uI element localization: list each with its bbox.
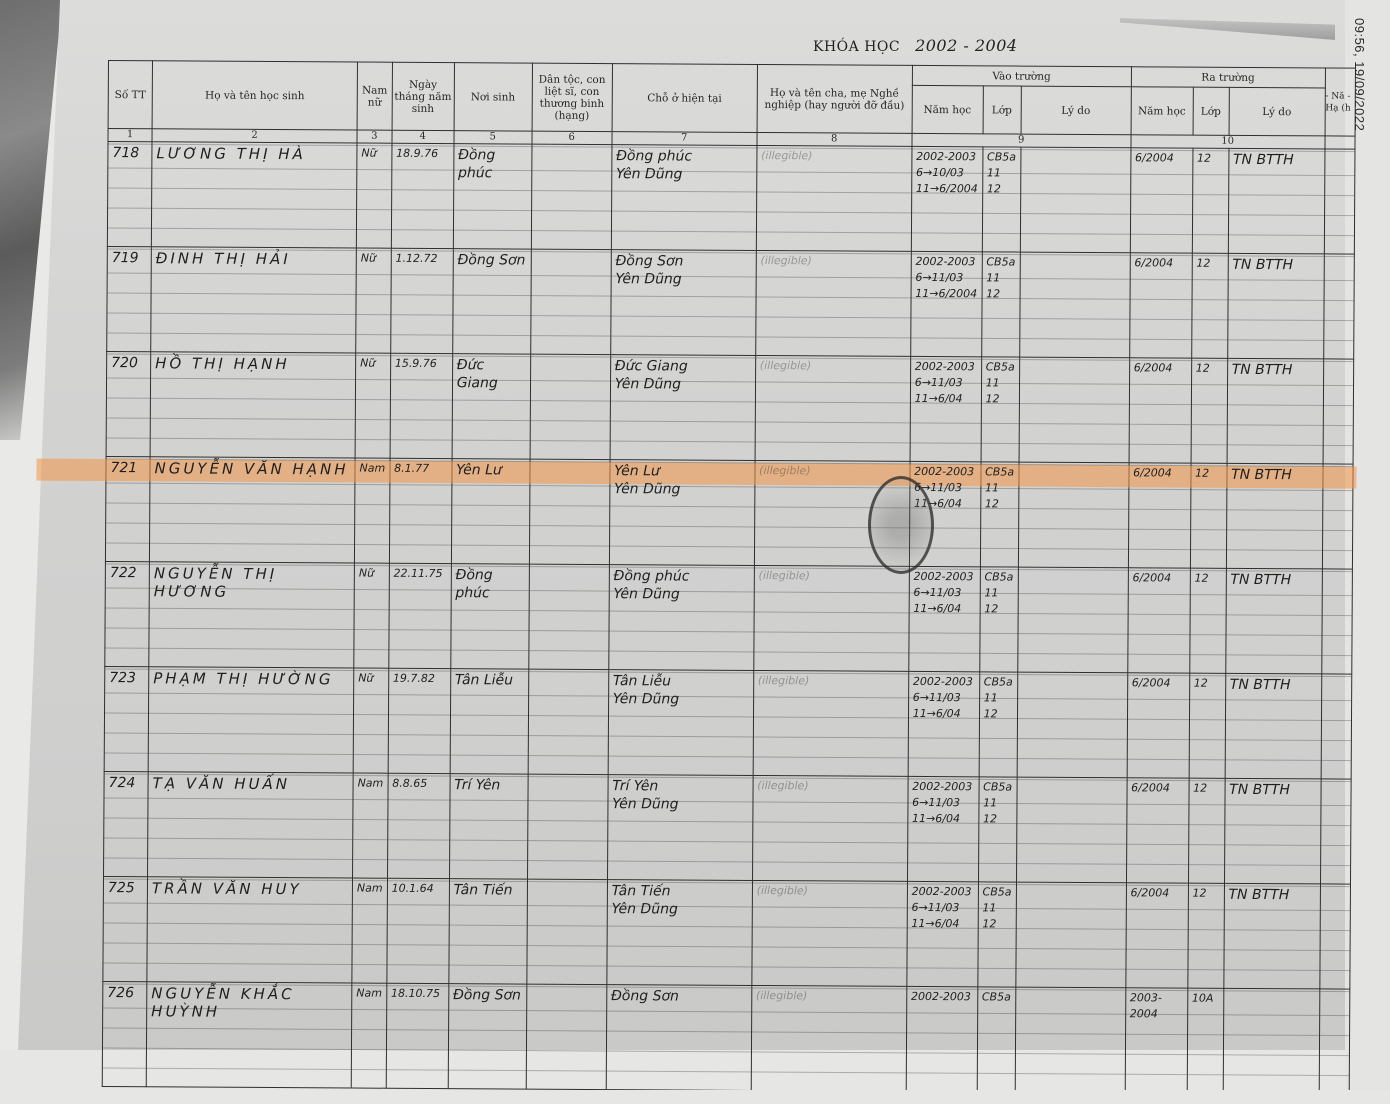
ethnicity-cell-text — [529, 670, 608, 674]
stt-cell: 722 — [105, 561, 150, 666]
dob-cell-text: 18.10.75 — [387, 984, 448, 1004]
residence-cell-text: Trí Yên Yên Dũng — [608, 775, 752, 816]
col-number: 5 — [454, 131, 532, 144]
birthplace-cell-text: Tân Tiến — [450, 879, 527, 901]
leaving-class-cell: 12 — [1192, 148, 1229, 253]
header-leaving-year: Năm học — [1131, 87, 1193, 135]
dob-cell: 18.10.75 — [386, 983, 449, 1088]
table-row: 724TẠ VĂN HUẤNNam8.8.65Trí YênTrí Yên Yê… — [104, 771, 1351, 884]
official-stamp — [868, 476, 934, 574]
admission-class-cell: CB5a 11 12 — [982, 147, 1021, 252]
leaving-year-cell-text: 6/2004 — [1128, 568, 1189, 588]
residence-cell: Tân Tiến Yên Dũng — [607, 880, 753, 986]
admission-year-cell: 2002-2003 6→11/03 11→6/04 — [908, 566, 980, 671]
gender-cell-text: Nữ — [354, 669, 388, 689]
stt-cell-text: 720 — [107, 352, 150, 374]
header-admission-class: Lớp — [983, 86, 1021, 134]
gender-cell: Nữ — [356, 143, 391, 248]
name-cell-text: LƯƠNG THỊ HÀ — [152, 142, 356, 165]
admission-reason-cell-text — [1017, 883, 1126, 888]
birthplace-cell: Đồng phúc — [450, 564, 529, 669]
leaving-reason-cell-text: TN BTTH — [1225, 779, 1320, 802]
page-edge — [0, 1090, 1390, 1104]
col-number: 1 — [108, 129, 152, 142]
extra-cell — [1319, 989, 1350, 1094]
gender-cell: Nữ — [353, 668, 388, 773]
leaving-year-cell: 6/2004 — [1130, 148, 1193, 253]
header-parents: Họ và tên cha, mẹ Nghề nghiệp (hay người… — [757, 64, 912, 133]
gender-cell-text: Nam — [352, 984, 386, 1004]
dob-cell-text: 1.12.72 — [391, 249, 452, 269]
admission-reason-cell — [1020, 147, 1131, 253]
name-cell-text: NGUYỄN THỊ HƯƠNG — [150, 562, 354, 603]
ethnicity-cell — [527, 879, 608, 984]
parents-cell-text: (illegible) — [753, 881, 907, 902]
leaving-year-cell-text: 6/2004 — [1128, 673, 1189, 693]
ethnicity-cell-text — [530, 460, 609, 464]
admission-reason-cell-text — [1019, 568, 1128, 573]
dob-cell: 1.12.72 — [390, 248, 453, 353]
leaving-class-cell-text: 10A — [1188, 989, 1223, 1009]
leaving-year-cell-text: 6/2004 — [1130, 253, 1191, 273]
residence-cell-text: Yên Lư Yên Dũng — [610, 460, 754, 501]
leaving-class-cell: 10A — [1187, 988, 1224, 1093]
admission-reason-cell-text — [1021, 148, 1130, 153]
stt-cell: 721 — [105, 456, 150, 561]
admission-year-cell-text: 2002-2003 6→11/03 11→6/04 — [909, 672, 979, 724]
header-stt: Số TT — [108, 61, 152, 129]
residence-cell: Đức Giang Yên Dũng — [610, 355, 756, 461]
course-label: KHÓA HỌC — [813, 39, 900, 55]
dob-cell: 8.8.65 — [387, 773, 450, 878]
name-cell: LƯƠNG THỊ HÀ — [151, 142, 357, 248]
leaving-year-cell: 6/2004 — [1128, 463, 1191, 568]
name-cell: TẠ VĂN HUẤN — [148, 772, 354, 878]
leaving-year-cell: 2003-2004 — [1125, 988, 1188, 1093]
col-number: 4 — [392, 130, 454, 143]
stt-cell: 718 — [107, 142, 152, 247]
admission-year-cell-text: 2002-2003 6→11/03 11→6/04 — [909, 567, 979, 619]
admission-reason-cell-text — [1020, 358, 1129, 363]
birthplace-cell-text: Đồng Sơn — [449, 984, 526, 1006]
leaving-reason-cell: TN BTTH — [1225, 568, 1322, 674]
leaving-year-cell-text: 6/2004 — [1129, 463, 1190, 483]
residence-cell: Đồng phúc Yên Dũng — [611, 145, 757, 251]
admission-reason-cell-text — [1018, 673, 1127, 678]
col-number: 9 — [912, 133, 1131, 147]
parents-cell-text: (illegible) — [757, 146, 911, 167]
admission-year-cell-text: 2002-2003 6→11/03 11→6/04 — [908, 777, 978, 829]
ethnicity-cell-text — [528, 775, 607, 779]
stt-cell: 725 — [103, 876, 148, 981]
header-admission-reason: Lý do — [1021, 86, 1131, 135]
col-number: 2 — [152, 129, 357, 143]
name-cell: ĐINH THỊ HẢI — [151, 247, 357, 353]
admission-reason-cell — [1015, 987, 1126, 1093]
birthplace-cell: Đồng Sơn — [448, 984, 527, 1089]
name-cell-text: NGUYỄN VĂN HẠNH — [150, 457, 354, 480]
gender-cell-text: Nam — [354, 774, 388, 794]
student-register-table: Số TT Họ và tên học sinh Nam nữ Ngày thá… — [102, 60, 1356, 1095]
leaving-class-cell-text: 12 — [1193, 149, 1228, 169]
gender-cell: Nam — [353, 773, 388, 878]
admission-year-cell-text: 2002-2003 6→11/03 11→6/04 — [907, 882, 977, 934]
header-leaving: Ra trường — [1131, 67, 1325, 88]
admission-reason-cell — [1017, 567, 1128, 673]
residence-cell: Trí Yên Yên Dũng — [607, 775, 753, 881]
extra-cell — [1321, 674, 1352, 779]
extra-cell — [1320, 779, 1351, 884]
leaving-reason-cell: TN BTTH — [1226, 463, 1323, 569]
ethnicity-cell — [531, 144, 612, 249]
stt-cell-text: 721 — [106, 457, 149, 479]
leaving-class-cell-text: 12 — [1192, 254, 1227, 274]
ethnicity-cell-text — [532, 145, 611, 149]
leaving-reason-cell: TN BTTH — [1227, 358, 1324, 464]
extra-cell — [1322, 464, 1353, 569]
birthplace-cell-text: Đồng Sơn — [453, 249, 530, 271]
leaving-year-cell-text: 2003-2004 — [1126, 988, 1187, 1024]
admission-year-cell: 2002-2003 6→10/03 11→6/2004 — [911, 146, 983, 251]
extra-cell — [1324, 149, 1355, 254]
dob-cell: 10.1.64 — [387, 878, 450, 983]
birthplace-cell: Tân Liễu — [450, 669, 529, 774]
dob-cell-text: 18.9.76 — [392, 144, 453, 164]
residence-cell-text: Đồng Sơn — [607, 985, 751, 1008]
leaving-year-cell-text: 6/2004 — [1127, 778, 1188, 798]
leaving-class-cell: 12 — [1191, 253, 1228, 358]
admission-reason-cell — [1019, 357, 1130, 463]
gender-cell: Nam — [354, 458, 389, 563]
dob-cell-text: 8.8.65 — [388, 774, 449, 794]
admission-class-cell: CB5a 11 12 — [978, 777, 1017, 882]
admission-year-cell: 2002-2003 6→11/03 11→6/2004 — [910, 251, 982, 356]
admission-class-cell-text: CB5a 11 12 — [983, 147, 1020, 199]
header-admission-year: Năm học — [912, 85, 983, 133]
extra-cell — [1321, 569, 1352, 674]
name-cell-text: ĐINH THỊ HẢI — [152, 247, 356, 270]
admission-reason-cell-text — [1017, 778, 1126, 783]
leaving-reason-cell: TN BTTH — [1224, 778, 1321, 884]
name-cell: NGUYỄN VĂN HẠNH — [149, 457, 355, 563]
dob-cell-text: 22.11.75 — [389, 564, 450, 584]
stt-cell-text: 725 — [104, 877, 147, 899]
parents-cell: (illegible) — [753, 670, 909, 776]
col-number: 3 — [357, 130, 392, 143]
admission-class-cell-text: CB5a — [978, 987, 1015, 1007]
residence-cell: Đồng phúc Yên Dũng — [608, 565, 754, 671]
birthplace-cell: Đức Giang — [452, 354, 531, 459]
parents-cell: (illegible) — [753, 565, 909, 671]
leaving-class-cell: 12 — [1191, 358, 1228, 463]
table-row: 719ĐINH THỊ HẢINữ1.12.72Đồng SơnĐồng Sơn… — [107, 246, 1354, 359]
col-number: 8 — [757, 132, 912, 146]
leaving-year-cell: 6/2004 — [1129, 358, 1192, 463]
name-cell: NGUYỄN THỊ HƯƠNG — [149, 562, 355, 668]
parents-cell-text: (illegible) — [753, 776, 907, 797]
header-dob: Ngày tháng năm sinh — [392, 62, 454, 130]
admission-class-cell-text: CB5a 11 12 — [982, 252, 1019, 304]
admission-year-cell: 2002-2003 6→11/03 11→6/04 — [907, 776, 979, 881]
ethnicity-cell — [530, 354, 611, 459]
birthplace-cell: Trí Yên — [449, 774, 528, 879]
ethnicity-cell — [528, 564, 609, 669]
ethnicity-cell-text — [527, 985, 606, 989]
admission-reason-cell — [1015, 882, 1126, 988]
gender-cell-text: Nam — [353, 879, 387, 899]
admission-reason-cell — [1017, 672, 1128, 778]
name-cell-text: HỒ THỊ HẠNH — [151, 352, 355, 375]
parents-cell-text: (illegible) — [756, 356, 910, 377]
birthplace-cell: Đồng Sơn — [452, 249, 531, 354]
stt-cell-text: 724 — [105, 772, 148, 794]
dob-cell: 22.11.75 — [388, 563, 451, 668]
admission-year-cell-text: 2002-2003 6→10/03 11→6/2004 — [912, 147, 982, 199]
col-number: 7 — [612, 132, 757, 146]
name-cell: PHẠM THỊ HƯỜNG — [148, 667, 354, 773]
leaving-year-cell: 6/2004 — [1127, 568, 1190, 673]
parents-cell-text: (illegible) — [754, 671, 908, 692]
gender-cell: Nữ — [356, 248, 391, 353]
extra-cell — [1323, 254, 1354, 359]
leaving-class-cell: 12 — [1189, 568, 1226, 673]
leaving-reason-cell-text: TN BTTH — [1227, 464, 1322, 487]
admission-reason-cell — [1016, 777, 1127, 883]
admission-class-cell: CB5a 11 12 — [979, 672, 1018, 777]
name-cell-text: NGUYỄN KHẮC HUỲNH — [147, 982, 351, 1023]
col-number — [1325, 136, 1355, 149]
leaving-reason-cell-text: TN BTTH — [1224, 884, 1319, 907]
header-residence: Chỗ ở hiện tại — [612, 64, 757, 133]
gender-cell: Nữ — [355, 353, 390, 458]
dob-cell: 8.1.77 — [389, 458, 452, 563]
leaving-reason-cell: TN BTTH — [1228, 148, 1325, 254]
gender-cell-text: Nữ — [357, 249, 391, 269]
admission-year-cell: 2002-2003 — [906, 986, 978, 1091]
ethnicity-cell-text — [530, 565, 609, 569]
admission-class-cell-text: CB5a 11 12 — [981, 357, 1018, 409]
dob-cell: 19.7.82 — [388, 668, 451, 773]
leaving-reason-cell — [1223, 988, 1320, 1094]
name-cell: HỒ THỊ HẠNH — [150, 352, 356, 458]
leaving-class-cell-text: 12 — [1190, 569, 1225, 589]
admission-year-cell-text: 2002-2003 — [907, 987, 977, 1007]
table-row: 722NGUYỄN THỊ HƯƠNGNữ22.11.75Đồng phúcĐồ… — [105, 561, 1352, 674]
admission-class-cell: CB5a 11 12 — [979, 567, 1018, 672]
birthplace-cell-text: Đồng phúc — [454, 144, 531, 184]
table-row: 720HỒ THỊ HẠNHNữ15.9.76Đức GiangĐức Gian… — [106, 351, 1353, 464]
header-leaving-reason: Lý do — [1229, 87, 1325, 136]
leaving-reason-cell-text: TN BTTH — [1228, 254, 1323, 277]
name-cell-text: TẠ VĂN HUẤN — [149, 772, 353, 795]
stt-cell: 719 — [107, 246, 152, 351]
ethnicity-cell — [526, 984, 607, 1089]
header-admission: Vào trường — [912, 65, 1131, 86]
residence-cell: Tân Liễu Yên Dũng — [608, 670, 754, 776]
stt-cell-text: 723 — [105, 667, 148, 689]
leaving-class-cell: 12 — [1188, 778, 1225, 883]
student-rows: 718LƯƠNG THỊ HÀNữ18.9.76Đồng phúcĐồng ph… — [102, 142, 1354, 1095]
admission-class-cell-text: CB5a 11 12 — [978, 882, 1015, 934]
leaving-class-cell: 12 — [1189, 673, 1226, 778]
gender-cell: Nữ — [354, 563, 389, 668]
admission-class-cell: CB5a 11 12 — [980, 462, 1019, 567]
extra-cell — [1323, 359, 1354, 464]
leaving-reason-cell-text: TN BTTH — [1229, 149, 1324, 172]
dob-cell-text: 8.1.77 — [390, 459, 451, 479]
leaving-class-cell-text: 12 — [1188, 884, 1223, 904]
leaving-reason-cell-text — [1224, 989, 1319, 994]
leaving-class-cell: 12 — [1187, 883, 1224, 988]
admission-year-cell: 2002-2003 6→11/03 11→6/04 — [908, 671, 980, 776]
residence-cell-text: Đức Giang Yên Dũng — [611, 355, 755, 396]
name-cell-text: TRẦN VĂN HUY — [148, 877, 352, 900]
stt-cell: 724 — [104, 771, 149, 876]
residence-cell-text: Đồng Sơn Yên Dũng — [611, 250, 755, 291]
admission-year-cell: 2002-2003 6→11/03 11→6/04 — [907, 881, 979, 986]
header-birthplace: Nơi sinh — [454, 63, 532, 131]
gender-cell-text: Nữ — [355, 564, 389, 584]
header-name: Họ và tên học sinh — [152, 61, 357, 130]
admission-year-cell-text: 2002-2003 6→11/03 11→6/2004 — [911, 252, 981, 304]
table-row: 725TRẦN VĂN HUYNam10.1.64Tân TiếnTân Tiế… — [103, 876, 1350, 989]
admission-class-cell: CB5a 11 12 — [981, 357, 1020, 462]
course-heading: KHÓA HỌC 2002 - 2004 — [813, 36, 1018, 55]
leaving-year-cell-text: 6/2004 — [1131, 148, 1192, 168]
birthplace-cell: Yên Lư — [451, 459, 530, 564]
birthplace-cell-text: Tân Liễu — [451, 669, 528, 691]
admission-reason-cell-text — [1016, 988, 1125, 993]
admission-reason-cell-text — [1020, 253, 1129, 258]
leaving-year-cell: 6/2004 — [1125, 883, 1188, 988]
leaving-reason-cell: TN BTTH — [1225, 673, 1322, 779]
leaving-reason-cell: TN BTTH — [1227, 253, 1324, 359]
leaving-class-cell: 12 — [1190, 463, 1227, 568]
gender-cell-text: Nữ — [357, 144, 391, 164]
admission-class-cell-text: CB5a 11 12 — [981, 462, 1018, 514]
leaving-year-cell-text: 6/2004 — [1130, 358, 1191, 378]
leaving-reason-cell: TN BTTH — [1223, 883, 1320, 989]
leaving-year-cell-text: 6/2004 — [1126, 883, 1187, 903]
table-row: 721NGUYỄN VĂN HẠNHNam8.1.77Yên LưYên Lư … — [105, 456, 1352, 569]
gender-cell: Nam — [352, 878, 387, 983]
leaving-year-cell: 6/2004 — [1126, 778, 1189, 883]
parents-cell-text: (illegible) — [752, 986, 906, 1007]
header-gender: Nam nữ — [357, 62, 392, 130]
leaving-class-cell-text: 12 — [1190, 674, 1225, 694]
admission-class-cell-text: CB5a 11 12 — [980, 567, 1017, 619]
leaving-class-cell-text: 12 — [1189, 779, 1224, 799]
admission-reason-cell-text — [1019, 463, 1128, 468]
header-extra: - Nă - Hạ (h — [1325, 68, 1355, 136]
admission-reason-cell — [1019, 252, 1130, 358]
admission-year-cell-text: 2002-2003 6→11/03 11→6/04 — [911, 357, 981, 409]
stt-cell-text: 722 — [106, 562, 149, 584]
parents-cell: (illegible) — [755, 355, 911, 461]
parents-cell: (illegible) — [752, 775, 908, 881]
parents-cell: (illegible) — [755, 250, 911, 356]
admission-reason-cell — [1018, 462, 1129, 568]
name-cell: TRẦN VĂN HUY — [147, 877, 353, 983]
ethnicity-cell-text — [528, 880, 607, 884]
leaving-reason-cell-text: TN BTTH — [1226, 569, 1321, 592]
parents-cell: (illegible) — [756, 145, 912, 251]
ethnicity-cell — [530, 249, 611, 354]
residence-cell: Đồng Sơn — [606, 985, 752, 1091]
birthplace-cell-text: Trí Yên — [450, 774, 527, 796]
leaving-year-cell: 6/2004 — [1127, 673, 1190, 778]
parents-cell: (illegible) — [751, 985, 907, 1091]
dob-cell: 15.9.76 — [390, 353, 453, 458]
table-row: 718LƯƠNG THỊ HÀNữ18.9.76Đồng phúcĐồng ph… — [107, 142, 1354, 255]
stt-cell-text: 719 — [108, 247, 151, 269]
course-value: 2002 - 2004 — [915, 36, 1018, 55]
parents-cell: (illegible) — [752, 880, 908, 986]
leaving-class-cell-text: 12 — [1191, 464, 1226, 484]
admission-class-cell: CB5a 11 12 — [981, 252, 1020, 357]
residence-cell-text: Đồng phúc Yên Dũng — [609, 565, 753, 606]
residence-cell-text: Tân Liễu Yên Dũng — [609, 670, 753, 711]
ethnicity-cell — [528, 669, 609, 774]
residence-cell: Yên Lư Yên Dũng — [609, 460, 755, 566]
parents-cell-text: (illegible) — [756, 251, 910, 272]
stt-cell: 720 — [106, 351, 151, 456]
admission-class-cell: CB5a — [977, 987, 1016, 1092]
birthplace-cell: Đồng phúc — [453, 144, 532, 249]
stt-cell: 726 — [102, 981, 147, 1086]
dob-cell-text: 19.7.82 — [389, 669, 450, 689]
admission-class-cell: CB5a 11 12 — [977, 882, 1016, 987]
ethnicity-cell — [527, 774, 608, 879]
parents-cell-text: (illegible) — [755, 461, 909, 482]
admission-class-cell-text: CB5a 11 12 — [980, 672, 1017, 724]
leaving-reason-cell-text: TN BTTH — [1226, 674, 1321, 697]
gender-cell: Nam — [351, 983, 386, 1088]
table-row: 723PHẠM THỊ HƯỜNGNữ19.7.82Tân LiễuTân Li… — [104, 666, 1351, 779]
admission-year-cell: 2002-2003 6→11/03 11→6/04 — [910, 356, 982, 461]
col-number: 6 — [532, 131, 612, 144]
residence-cell-text: Tân Tiến Yên Dũng — [607, 880, 751, 921]
dob-cell: 18.9.76 — [391, 143, 454, 248]
dob-cell-text: 15.9.76 — [391, 354, 452, 374]
birthplace-cell-text: Đức Giang — [453, 354, 530, 394]
stt-cell: 723 — [104, 666, 149, 771]
name-cell: NGUYỄN KHẮC HUỲNH — [146, 982, 352, 1088]
leaving-class-cell-text: 12 — [1192, 359, 1227, 379]
header-ethnicity: Dân tộc, con liệt sĩ, con thương binh (h… — [532, 63, 612, 131]
extra-cell — [1319, 884, 1350, 989]
parents-cell-text: (illegible) — [754, 566, 908, 587]
birthplace-cell-text: Yên Lư — [452, 459, 529, 481]
table-row: 726NGUYỄN KHẮC HUỲNHNam18.10.75Đồng SơnĐ… — [102, 981, 1349, 1094]
leaving-year-cell: 6/2004 — [1129, 253, 1192, 358]
header-leaving-class: Lớp — [1193, 87, 1229, 135]
admission-class-cell-text: CB5a 11 12 — [979, 777, 1016, 829]
name-cell-text: PHẠM THỊ HƯỜNG — [149, 667, 353, 690]
gender-cell-text: Nam — [355, 459, 389, 479]
ethnicity-cell-text — [532, 250, 611, 254]
residence-cell: Đồng Sơn Yên Dũng — [610, 250, 756, 356]
stt-cell-text: 718 — [108, 142, 151, 164]
ethnicity-cell-text — [531, 355, 610, 359]
stt-cell-text: 726 — [103, 982, 146, 1004]
ethnicity-cell — [529, 459, 610, 564]
birthplace-cell-text: Đồng phúc — [451, 564, 528, 604]
dob-cell-text: 10.1.64 — [388, 879, 449, 899]
birthplace-cell: Tân Tiến — [449, 879, 528, 984]
col-number: 10 — [1131, 135, 1325, 149]
gender-cell-text: Nữ — [356, 354, 390, 374]
